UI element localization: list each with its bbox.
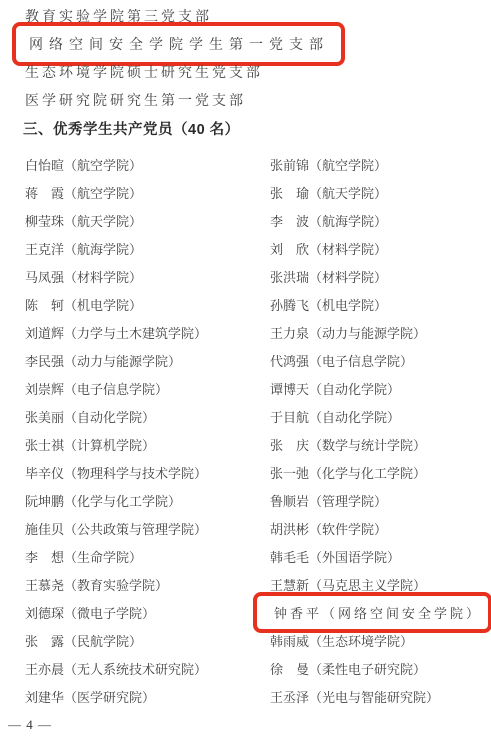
member-text: 孙腾飞（机电学院） [270, 295, 387, 314]
member-row: 陈 轲（机电学院） [0, 290, 245, 318]
member-text: 王力泉（动力与能源学院） [270, 323, 426, 342]
member-row: 李 想（生命学院） [0, 542, 245, 570]
member-text: 李民强（动力与能源学院） [25, 351, 181, 370]
member-text: 徐 曼（柔性电子研究院） [270, 659, 426, 678]
member-text: 刘德琛（微电子学院） [25, 603, 155, 622]
member-text: 张 庆（数学与统计学院） [270, 435, 426, 454]
branch-item: 医学研究院研究生第一党支部 [0, 86, 491, 114]
member-text: 王慧新（马克思主义学院） [270, 575, 426, 594]
member-text: 韩雨威（生态环境学院） [270, 631, 413, 650]
member-row: 马凤强（材料学院） [0, 262, 245, 290]
member-row: 刘崇辉（电子信息学院） [0, 374, 245, 402]
member-text: 韩毛毛（外国语学院） [270, 547, 400, 566]
member-text: 刘崇辉（电子信息学院） [25, 379, 168, 398]
member-row: 徐 曼（柔性电子研究院） [245, 654, 491, 682]
member-text: 胡洪彬（软件学院） [270, 519, 387, 538]
branch-list: 教育实验学院第三党支部 网络空间安全学院学生第一党支部 生态环境学院硕士研究生党… [0, 2, 491, 114]
member-row: 刘建华（医学研究院） [0, 682, 245, 710]
member-text: 王亦晨（无人系统技术研究院） [25, 659, 207, 678]
member-row: 代鸿强（电子信息学院） [245, 346, 491, 374]
member-text: 刘 欣（材料学院） [270, 239, 387, 258]
member-text: 马凤强（材料学院） [25, 267, 142, 286]
member-text: 柳莹珠（航天学院） [25, 211, 142, 230]
member-text: 张 瑜（航天学院） [270, 183, 387, 202]
member-row: 刘 欣（材料学院） [245, 234, 491, 262]
branch-item: 生态环境学院硕士研究生党支部 [0, 58, 491, 86]
member-row: 毕辛仪（物理科学与技术学院） [0, 458, 245, 486]
member-text: 李 波（航海学院） [270, 211, 387, 230]
member-text: 施佳贝（公共政策与管理学院） [25, 519, 207, 538]
member-text: 于目航（自动化学院） [270, 407, 400, 426]
member-text: 白怡暄（航空学院） [25, 155, 142, 174]
branch-item-text: 网络空间安全学院学生第一党支部 [12, 22, 345, 66]
member-text: 谭博天（自动化学院） [270, 379, 400, 398]
member-text: 王慕尧（教育实验学院） [25, 575, 168, 594]
member-row: 张 露（民航学院） [0, 626, 245, 654]
member-text: 王克洋（航海学院） [25, 239, 142, 258]
member-text: 陈 轲（机电学院） [25, 295, 142, 314]
member-text: 蒋 霞（航空学院） [25, 183, 142, 202]
member-row: 胡洪彬（软件学院） [245, 514, 491, 542]
members-list: 白怡暄（航空学院） 蒋 霞（航空学院） 柳莹珠（航天学院） 王克洋（航海学院） … [0, 150, 491, 710]
member-text: 刘建华（医学研究院） [25, 687, 155, 706]
member-row: 白怡暄（航空学院） [0, 150, 245, 178]
branch-item-text: 生态环境学院硕士研究生党支部 [25, 62, 263, 82]
member-row: 刘德琛（微电子学院） [0, 598, 245, 626]
member-text: 李 想（生命学院） [25, 547, 142, 566]
member-text: 张洪瑞（材料学院） [270, 267, 387, 286]
member-row: 蒋 霞（航空学院） [0, 178, 245, 206]
member-row: 谭博天（自动化学院） [245, 374, 491, 402]
member-row: 孙腾飞（机电学院） [245, 290, 491, 318]
member-text: 张前锦（航空学院） [270, 155, 387, 174]
section-heading: 三、优秀学生共产党员（40 名） [0, 114, 491, 142]
member-row: 李 波（航海学院） [245, 206, 491, 234]
member-row: 钟香平（网络空间安全学院） [245, 598, 491, 626]
member-row: 王力泉（动力与能源学院） [245, 318, 491, 346]
member-text: 毕辛仪（物理科学与技术学院） [25, 463, 207, 482]
member-text: 张一弛（化学与化工学院） [270, 463, 426, 482]
member-row: 鲁顺岩（管理学院） [245, 486, 491, 514]
member-row: 张美丽（自动化学院） [0, 402, 245, 430]
member-text: 王丞泽（光电与智能研究院） [270, 687, 439, 706]
member-text: 张士祺（计算机学院） [25, 435, 155, 454]
member-text: 阮坤鹏（化学与化工学院） [25, 491, 181, 510]
member-row: 韩毛毛（外国语学院） [245, 542, 491, 570]
member-row: 王丞泽（光电与智能研究院） [245, 682, 491, 710]
branch-item-text: 医学研究院研究生第一党支部 [25, 90, 246, 110]
members-column-left: 白怡暄（航空学院） 蒋 霞（航空学院） 柳莹珠（航天学院） 王克洋（航海学院） … [0, 150, 245, 710]
document-page: 教育实验学院第三党支部 网络空间安全学院学生第一党支部 生态环境学院硕士研究生党… [0, 0, 491, 740]
member-row: 阮坤鹏（化学与化工学院） [0, 486, 245, 514]
member-row: 柳莹珠（航天学院） [0, 206, 245, 234]
member-row: 王慕尧（教育实验学院） [0, 570, 245, 598]
member-row: 张洪瑞（材料学院） [245, 262, 491, 290]
member-row: 刘道辉（力学与土木建筑学院） [0, 318, 245, 346]
members-column-right: 张前锦（航空学院） 张 瑜（航天学院） 李 波（航海学院） 刘 欣（材料学院） … [245, 150, 491, 710]
member-row: 王亦晨（无人系统技术研究院） [0, 654, 245, 682]
page-number: — 4 — [0, 717, 491, 733]
member-row: 张 庆（数学与统计学院） [245, 430, 491, 458]
member-text: 刘道辉（力学与土木建筑学院） [25, 323, 207, 342]
member-row: 王克洋（航海学院） [0, 234, 245, 262]
member-row: 张一弛（化学与化工学院） [245, 458, 491, 486]
member-row: 张 瑜（航天学院） [245, 178, 491, 206]
member-row: 施佳贝（公共政策与管理学院） [0, 514, 245, 542]
member-row: 李民强（动力与能源学院） [0, 346, 245, 374]
member-text: 张 露（民航学院） [25, 631, 142, 650]
member-text: 代鸿强（电子信息学院） [270, 351, 413, 370]
branch-item: 网络空间安全学院学生第一党支部 [0, 30, 491, 58]
member-row: 张士祺（计算机学院） [0, 430, 245, 458]
member-text: 张美丽（自动化学院） [25, 407, 155, 426]
member-row: 于目航（自动化学院） [245, 402, 491, 430]
member-text: 鲁顺岩（管理学院） [270, 491, 387, 510]
member-text: 钟香平（网络空间安全学院） [253, 592, 491, 633]
member-row: 张前锦（航空学院） [245, 150, 491, 178]
